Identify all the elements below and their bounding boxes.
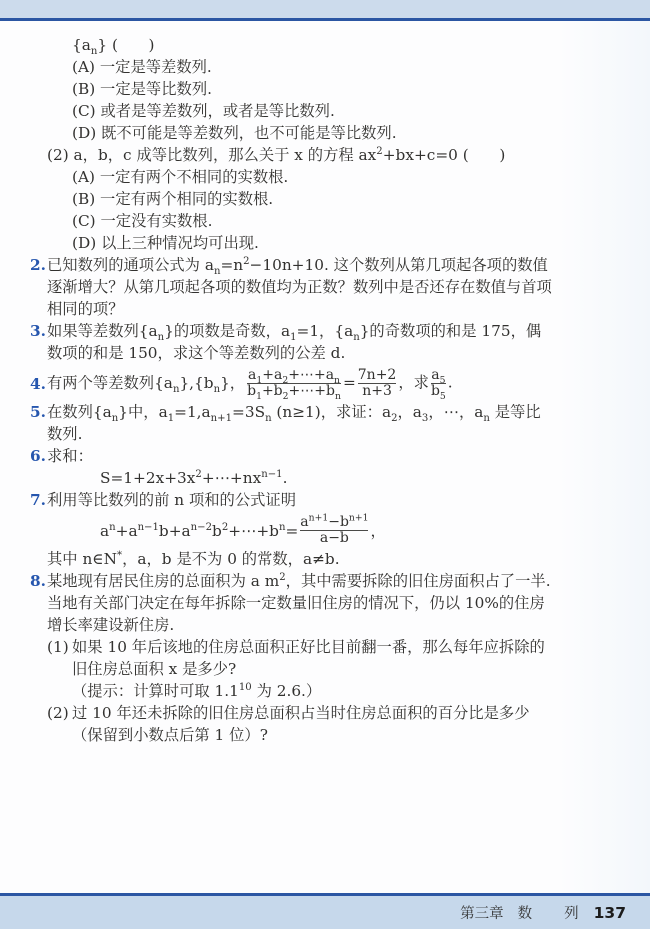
problem-number: 7. (30, 489, 47, 511)
problem7-formula: an+an−1b+an−2b2+⋯+bn=an+1−bn+1a−b， (100, 515, 553, 546)
problem-number: 8. (30, 570, 47, 592)
problem-number: 2. (30, 254, 47, 276)
fraction-denominator: n+3 (358, 383, 397, 399)
fraction-numerator: a1+a2+⋯+an (247, 368, 341, 383)
problem-2: 2. 已知数列的通项公式为 an=n2−10n+10. 这个数列从第几项起各项的… (30, 254, 553, 320)
problem-3: 3. 如果等差数列{an}的项数是奇数，a1=1，{an}的奇数项的和是 175… (30, 320, 553, 364)
fraction: a5b5 (431, 368, 446, 399)
formula-tail-punctuation: ， (370, 520, 385, 542)
page-content: {an} ( ) (A) 一定是等差数列. (B) 一定是等比数列. (C) 或… (0, 21, 650, 746)
problem-text: 利用等比数列的前 n 项和的公式证明 (47, 489, 553, 511)
footer-section-title: 数 列 (518, 902, 580, 923)
problem6-formula: S=1+2x+3x2+⋯+nxn−1. (100, 467, 553, 489)
footer-page-number: 137 (594, 904, 626, 922)
problem-7: 7. 利用等比数列的前 n 项和的公式证明 (30, 489, 553, 511)
problem-text: 如果等差数列{an}的项数是奇数，a1=1，{an}的奇数项的和是 175，偶数… (47, 320, 553, 364)
fraction-numerator: a5 (431, 368, 446, 383)
problem4-end-punctuation: . (448, 374, 453, 392)
equals-sign: = (343, 374, 356, 392)
problem-number: 3. (30, 320, 47, 342)
problem1-part1-choice-d: (D) 既不可能是等差数列，也不可能是等比数列. (72, 122, 553, 144)
problem1-part2-choice-a: (A) 一定有两个不相同的实数根. (72, 166, 553, 188)
problem1-part2-choice-c: (C) 一定没有实数根. (72, 210, 553, 232)
fraction: a1+a2+⋯+anb1+b2+⋯+bn (247, 368, 341, 399)
footer-chapter-label: 第三章 (460, 902, 504, 923)
problem-8: 8. 某地现有居民住房的总面积为 a m2，其中需要拆除的旧住房面积占了一半. … (30, 570, 553, 636)
problem1-part1-choice-c: (C) 或者是等差数列，或者是等比数列. (72, 100, 553, 122)
problem-text: 已知数列的通项公式为 an=n2−10n+10. 这个数列从第几项起各项的数值逐… (47, 254, 553, 320)
problem8-subitem-2: (2) 过 10 年还未拆除的旧住房总面积占当时住房总面积的百分比是多少（保留到… (47, 702, 553, 746)
fraction-numerator: an+1−bn+1 (300, 515, 368, 530)
top-decorative-band (0, 0, 650, 18)
subitem-marker: (1) (47, 636, 72, 658)
problem-number: 6. (30, 445, 47, 467)
problem1-part1-choice-a: (A) 一定是等差数列. (72, 56, 553, 78)
problem8-subitem-1-hint: （提示：计算时可取 1.110 为 2.6.） (72, 680, 553, 702)
problem-number: 5. (30, 401, 47, 423)
formula-left-side: an+an−1b+an−2b2+⋯+bn= (100, 520, 298, 542)
problem-number: 4. (30, 373, 47, 395)
footer: 第三章 数 列 137 (0, 896, 650, 929)
problem1-part2-choice-d: (D) 以上三种情况均可出现. (72, 232, 553, 254)
subitem-text: 如果 10 年后该地的住房总面积正好比目前翻一番，那么每年应拆除的旧住房总面积 … (72, 636, 553, 680)
problem-5: 5. 在数列{an}中，a1=1,an+1=3Sn (n≥1)，求证：a2，a3… (30, 401, 553, 445)
problem-text: 有两个等差数列{an},{bn}，a1+a2+⋯+anb1+b2+⋯+bn=7n… (47, 368, 553, 399)
problem-4: 4. 有两个等差数列{an},{bn}，a1+a2+⋯+anb1+b2+⋯+bn… (30, 368, 553, 399)
problem4-pre-text: 有两个等差数列{an},{bn}， (47, 374, 245, 392)
problem4-mid-text: ，求 (398, 374, 429, 392)
problem-text: 在数列{an}中，a1=1,an+1=3Sn (n≥1)，求证：a2，a3，⋯，… (47, 401, 553, 445)
fraction: an+1−bn+1a−b (300, 515, 368, 546)
problem1-part2-choice-b: (B) 一定有两个相同的实数根. (72, 188, 553, 210)
problem-text: 某地现有居民住房的总面积为 a m2，其中需要拆除的旧住房面积占了一半. 当地有… (47, 570, 553, 636)
subitem-marker: (2) (47, 702, 72, 724)
fraction-numerator: 7n+2 (358, 368, 397, 383)
fraction-denominator: b1+b2+⋯+bn (247, 383, 341, 399)
fraction: 7n+2n+3 (358, 368, 397, 399)
problem-6: 6. 求和： (30, 445, 553, 467)
problem-text: 求和： (47, 445, 553, 467)
problem8-subitem-1: (1) 如果 10 年后该地的住房总面积正好比目前翻一番，那么每年应拆除的旧住房… (47, 636, 553, 680)
fraction-denominator: a−b (300, 530, 368, 546)
problem1-stem-tail: {an} ( ) (72, 34, 553, 56)
problem1-part1-choice-b: (B) 一定是等比数列. (72, 78, 553, 100)
subitem-text: 过 10 年还未拆除的旧住房总面积占当时住房总面积的百分比是多少（保留到小数点后… (72, 702, 553, 746)
fraction-denominator: b5 (431, 383, 446, 399)
problem7-condition: 其中 n∈N*，a，b 是不为 0 的常数，a≠b. (47, 548, 553, 570)
problem1-part2-stem: (2) a，b，c 成等比数列，那么关于 x 的方程 ax2+bx+c=0 ( … (47, 144, 553, 166)
